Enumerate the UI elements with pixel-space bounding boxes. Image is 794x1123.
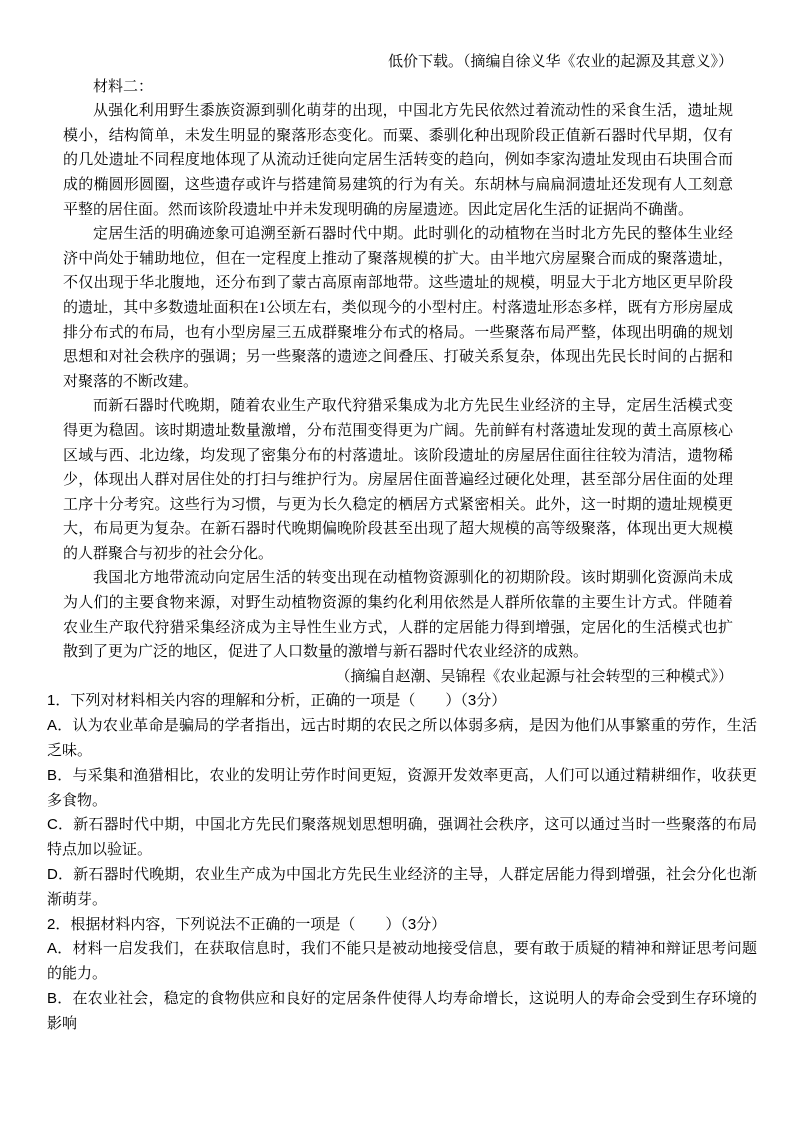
- source-note-material-1: 低价下载。（摘编自徐义华《农业的起源及其意义》）: [63, 50, 733, 75]
- question-1-stem: 1．下列对材料相关内容的理解和分析，正确的一项是（ ）（3分）: [47, 689, 757, 714]
- source-note-material-2: （摘编自赵潮、吴锦程《农业起源与社会转型的三种模式》）: [63, 665, 733, 690]
- question-1-option-d: D．新石器时代晚期，农业生产成为中国北方先民生业经济的主导，人群定居能力得到增强…: [47, 863, 757, 913]
- material-2-label: 材料二：: [63, 75, 733, 100]
- question-2-option-a: A．材料一启发我们，在获取信息时，我们不能只是被动地接受信息，要有敢于质疑的精神…: [47, 937, 757, 987]
- exam-page: 低价下载。（摘编自徐义华《农业的起源及其意义》） 材料二： 从强化利用野生黍族资…: [0, 0, 794, 1123]
- passage-paragraph-3: 而新石器时代晚期，随着农业生产取代狩猎采集成为北方先民生业经济的主导，定居生活模…: [63, 394, 733, 566]
- passage-paragraph-1: 从强化利用野生黍族资源到驯化萌芽的出现，中国北方先民依然过着流动性的采食生活，遗…: [63, 99, 733, 222]
- question-1-option-c: C．新石器时代中期，中国北方先民们聚落规划思想明确，强调社会秩序，这可以通过当时…: [47, 813, 757, 863]
- question-2-stem: 2．根据材料内容，下列说法不正确的一项是（ ）（3分）: [47, 913, 757, 938]
- passage-material-2: 低价下载。（摘编自徐义华《农业的起源及其意义》） 材料二： 从强化利用野生黍族资…: [63, 50, 733, 689]
- passage-paragraph-2: 定居生活的明确迹象可追溯至新石器时代中期。此时驯化的动植物在当时北方先民的整体生…: [63, 222, 733, 394]
- passage-paragraph-4: 我国北方地带流动向定居生活的转变出现在动植物资源驯化的初期阶段。该时期驯化资源尚…: [63, 566, 733, 664]
- question-2-option-b: B．在农业社会，稳定的食物供应和良好的定居条件使得人均寿命增长，这说明人的寿命会…: [47, 987, 757, 1037]
- question-1-option-a: A．认为农业革命是骗局的学者指出，远古时期的农民之所以体弱多病，是因为他们从事繁…: [47, 714, 757, 764]
- questions-section: 1．下列对材料相关内容的理解和分析，正确的一项是（ ）（3分） A．认为农业革命…: [47, 689, 757, 1036]
- question-1-option-b: B．与采集和渔猎相比，农业的发明让劳作时间更短，资源开发效率更高，人们可以通过精…: [47, 764, 757, 814]
